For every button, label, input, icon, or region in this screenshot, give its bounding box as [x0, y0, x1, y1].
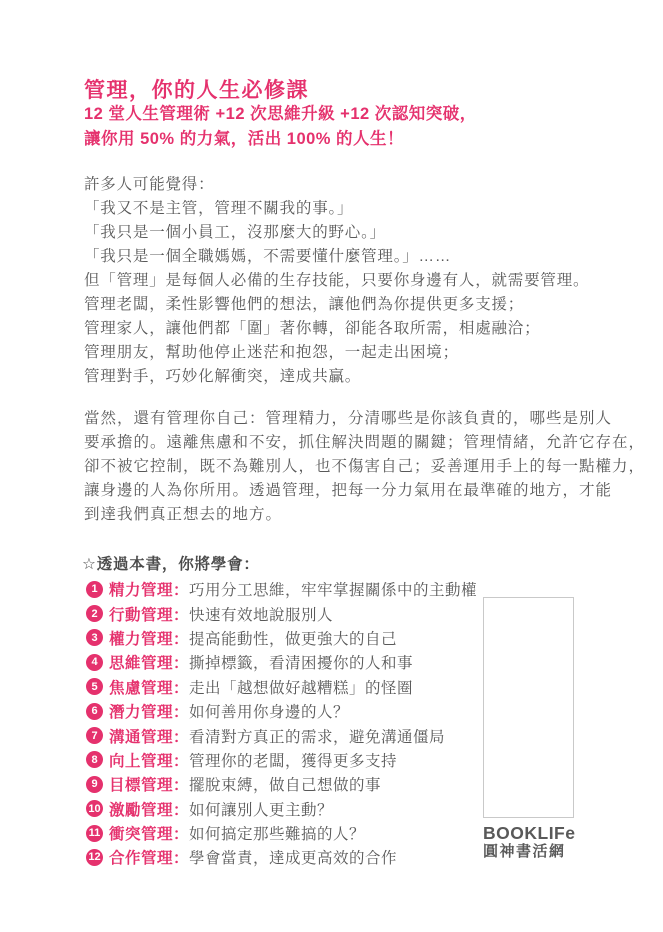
lesson-item: 10 激勵管理： 如何讓別人更主動？ — [86, 797, 477, 821]
self-line: 要承擔的。遠離焦慮和不安，抓住解決問題的關鍵；管理情緒，允許它存在， — [84, 431, 645, 455]
lesson-description: 走出「越想做好越糟糕」的怪圈 — [189, 676, 413, 698]
lesson-number-badge: 6 — [86, 703, 103, 720]
booklife-site-name: 圓神書活網 — [483, 843, 575, 861]
lesson-item: 9 目標管理： 擺脫束縛，做自己想做的事 — [86, 772, 477, 796]
book-intro-page: 管理，你的人生必修課 12 堂人生管理術 +12 次思維升級 +12 次認知突破… — [0, 0, 663, 932]
intro-paragraph: 許多人可能覺得： 「我又不是主管，管理不關我的事。」 「我只是一個小員工，沒那麼… — [84, 173, 589, 389]
intro-line: 管理老闆，柔性影響他們的想法，讓他們為你提供更多支援； — [84, 293, 589, 317]
subtitle-line: 讓你用 50% 的力氣，活出 100% 的人生！ — [84, 127, 477, 152]
self-management-paragraph: 當然，還有管理你自己：管理精力，分清哪些是你該負責的，哪些是別人 要承擔的。遠離… — [84, 407, 645, 527]
lesson-number-badge: 11 — [86, 825, 103, 842]
lesson-label: 溝通管理： — [109, 725, 189, 747]
intro-line: 但「管理」是每個人必備的生存技能，只要你身邊有人，就需要管理。 — [84, 269, 589, 293]
lesson-label: 合作管理： — [109, 846, 189, 868]
lesson-description: 如何搞定那些難搞的人？ — [189, 822, 365, 844]
lesson-item: 8 向上管理： 管理你的老闆，獲得更多支持 — [86, 748, 477, 772]
subtitle-line: 12 堂人生管理術 +12 次思維升級 +12 次認知突破， — [84, 102, 477, 127]
lesson-description: 管理你的老闆，獲得更多支持 — [189, 749, 397, 771]
lesson-item: 7 溝通管理： 看清對方真正的需求，避免溝通僵局 — [86, 723, 477, 747]
lesson-number-badge: 7 — [86, 727, 103, 744]
lesson-description: 學會當責，達成更高效的合作 — [189, 846, 397, 868]
lesson-item: 4 思維管理： 撕掉標籤，看清困擾你的人和事 — [86, 650, 477, 674]
lesson-label: 權力管理： — [109, 627, 189, 649]
learn-heading: ☆透過本書，你將學會： — [82, 552, 260, 574]
lesson-description: 看清對方真正的需求，避免溝通僵局 — [189, 725, 445, 747]
booklife-wordmark: BOOKLIFe — [483, 823, 575, 843]
self-line: 到達我們真正想去的地方。 — [84, 503, 645, 527]
lesson-label: 向上管理： — [109, 749, 189, 771]
lesson-description: 提高能動性，做更強大的自己 — [189, 627, 397, 649]
lesson-item: 6 潛力管理： 如何善用你身邊的人？ — [86, 699, 477, 723]
intro-line: 管理家人，讓他們都「圍」著你轉，卻能各取所需，相處融洽； — [84, 317, 589, 341]
lesson-label: 衝突管理： — [109, 822, 189, 844]
intro-line: 許多人可能覺得： — [84, 173, 589, 197]
lesson-label: 激勵管理： — [109, 798, 189, 820]
lesson-number-badge: 4 — [86, 654, 103, 671]
lesson-number-badge: 10 — [86, 800, 103, 817]
lesson-description: 巧用分工思維，牢牢掌握關係中的主動權 — [189, 578, 477, 600]
lesson-label: 焦慮管理： — [109, 676, 189, 698]
lesson-number-badge: 2 — [86, 605, 103, 622]
booklife-logo: BOOKLIFe 圓神書活網 — [483, 823, 575, 861]
lesson-number-badge: 5 — [86, 678, 103, 695]
lesson-item: 12 合作管理： 學會當責，達成更高效的合作 — [86, 845, 477, 869]
lesson-label: 潛力管理： — [109, 700, 189, 722]
lesson-item: 11 衝突管理： 如何搞定那些難搞的人？ — [86, 821, 477, 845]
lesson-number-badge: 3 — [86, 629, 103, 646]
intro-line: 管理朋友，幫助他停止迷茫和抱怨，一起走出困境； — [84, 341, 589, 365]
lesson-item: 5 焦慮管理： 走出「越想做好越糟糕」的怪圈 — [86, 675, 477, 699]
intro-line: 「我又不是主管，管理不關我的事。」 — [84, 197, 589, 221]
self-line: 卻不被它控制，既不為難別人，也不傷害自己；妥善運用手上的每一點權力， — [84, 455, 645, 479]
lesson-item: 3 權力管理： 提高能動性，做更強大的自己 — [86, 626, 477, 650]
lesson-label: 行動管理： — [109, 603, 189, 625]
lesson-description: 快速有效地說服別人 — [189, 603, 333, 625]
lesson-description: 撕掉標籤，看清困擾你的人和事 — [189, 651, 413, 673]
lesson-description: 如何善用你身邊的人？ — [189, 700, 349, 722]
subtitle: 12 堂人生管理術 +12 次思維升級 +12 次認知突破， 讓你用 50% 的… — [84, 102, 477, 152]
lesson-list: 1 精力管理： 巧用分工思維，牢牢掌握關係中的主動權 2 行動管理： 快速有效地… — [86, 577, 477, 870]
lesson-item: 2 行動管理： 快速有效地說服別人 — [86, 601, 477, 625]
self-line: 讓身邊的人為你所用。透過管理，把每一分力氣用在最準確的地方，才能 — [84, 479, 645, 503]
intro-line: 「我只是一個全職媽媽，不需要懂什麼管理。」…… — [84, 245, 589, 269]
intro-line: 管理對手，巧妙化解衝突，達成共贏。 — [84, 365, 589, 389]
lesson-number-badge: 9 — [86, 776, 103, 793]
lesson-number-badge: 12 — [86, 849, 103, 866]
lesson-number-badge: 1 — [86, 581, 103, 598]
book-cover-placeholder — [483, 597, 574, 818]
self-line: 當然，還有管理你自己：管理精力，分清哪些是你該負責的，哪些是別人 — [84, 407, 645, 431]
page-title: 管理，你的人生必修課 — [84, 74, 309, 104]
intro-line: 「我只是一個小員工，沒那麼大的野心。」 — [84, 221, 589, 245]
lesson-item: 1 精力管理： 巧用分工思維，牢牢掌握關係中的主動權 — [86, 577, 477, 601]
lesson-description: 如何讓別人更主動？ — [189, 798, 333, 820]
lesson-description: 擺脫束縛，做自己想做的事 — [189, 773, 381, 795]
lesson-label: 目標管理： — [109, 773, 189, 795]
lesson-number-badge: 8 — [86, 751, 103, 768]
lesson-label: 精力管理： — [109, 578, 189, 600]
lesson-label: 思維管理： — [109, 651, 189, 673]
